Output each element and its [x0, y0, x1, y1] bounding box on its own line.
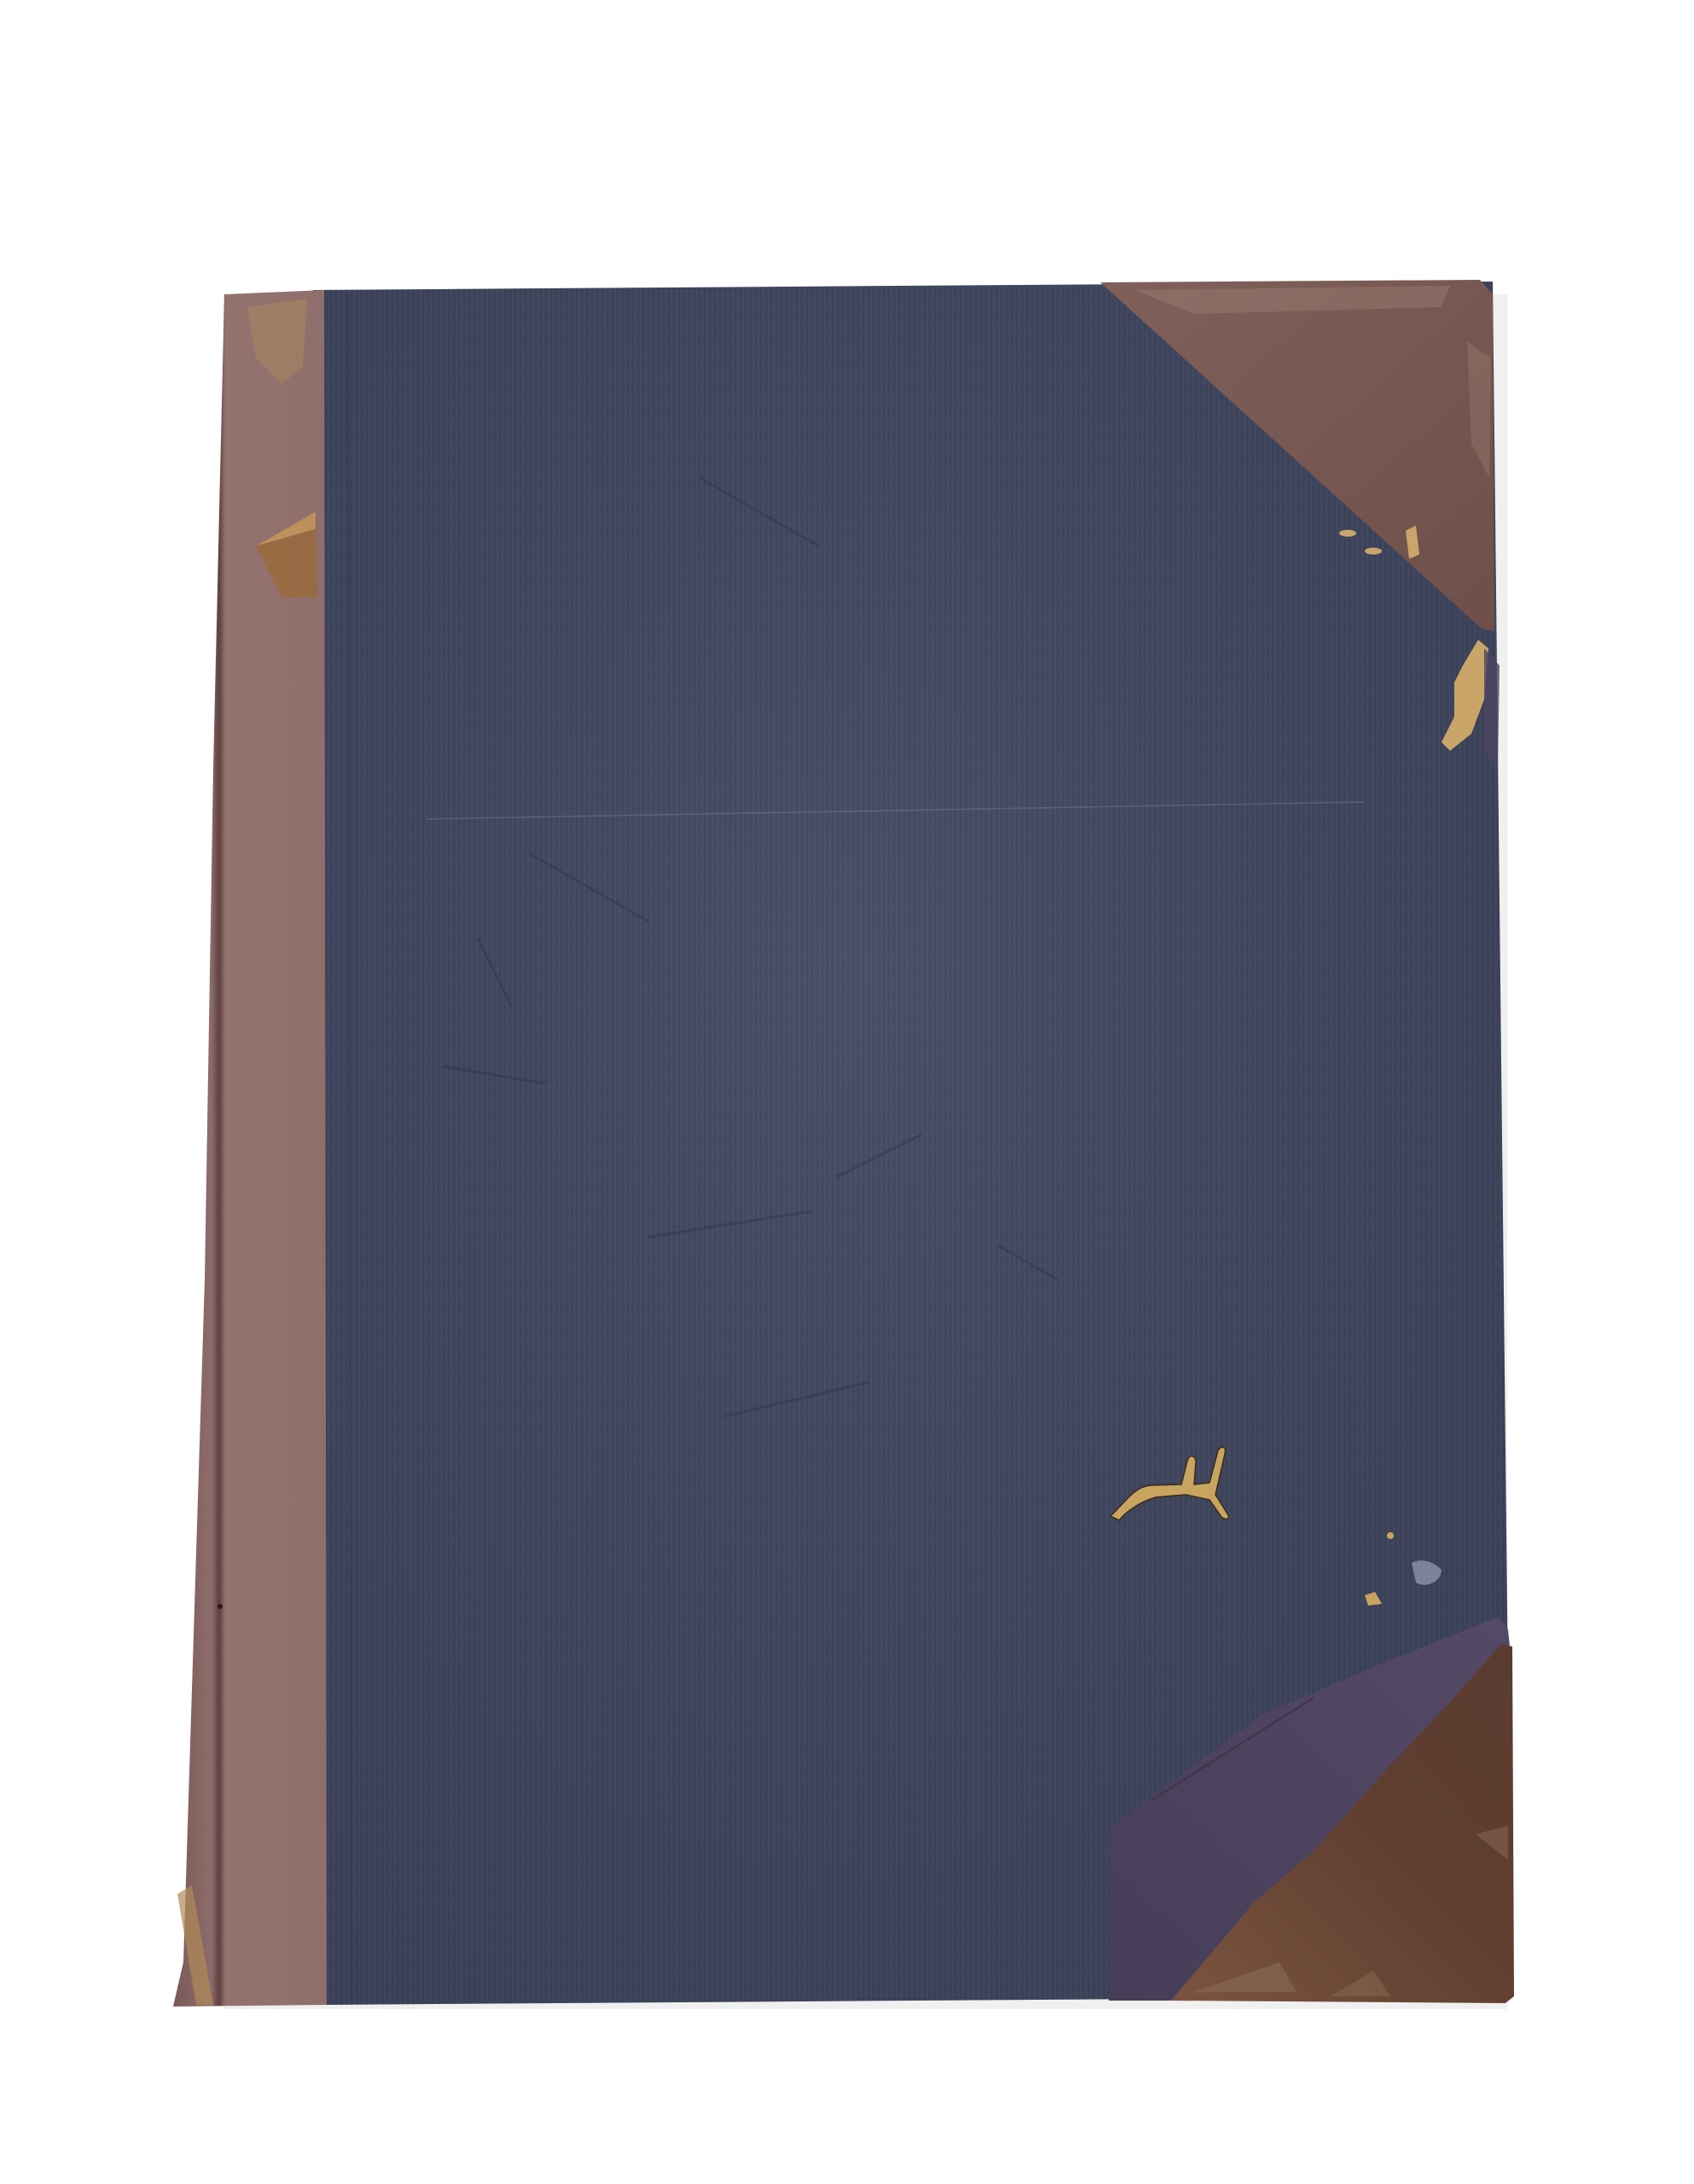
book-illustration	[0, 0, 1694, 2184]
leather-spine	[173, 290, 327, 2007]
book-cover-photo: Leather spine strip Leather corner (top …	[0, 0, 1694, 2184]
